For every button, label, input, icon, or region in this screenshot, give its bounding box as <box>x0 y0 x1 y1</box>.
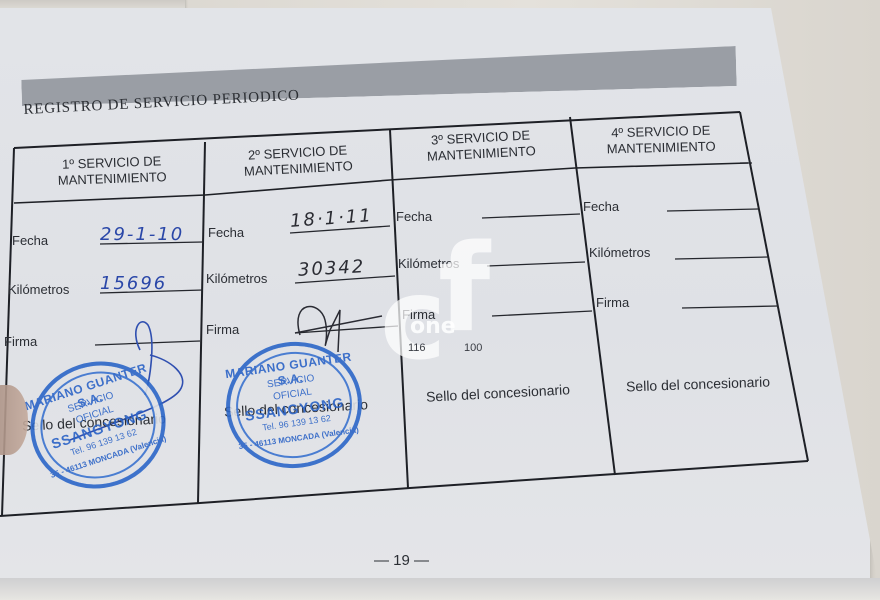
col2-km-value: 30342 <box>297 256 365 280</box>
page-number: — 19 — <box>374 552 429 569</box>
photo-scene: REGISTRO DE SERVICIO PERIODICO <box>0 0 880 600</box>
col4-fecha-label: Fecha <box>583 199 619 214</box>
table-grid <box>0 0 880 600</box>
service-record-table: 1º SERVICIO DE MANTENIMIENTO 2º SERVICIO… <box>0 0 880 600</box>
col1-header: 1º SERVICIO DE MANTENIMIENTO <box>26 152 197 190</box>
col1-firma-label: Firma <box>4 334 37 349</box>
col2-fecha-label: Fecha <box>208 225 244 240</box>
col3-firma-label: Firma <box>402 307 435 322</box>
col2-km-label: Kilómetros <box>206 271 267 286</box>
col2-firma-label: Firma <box>206 322 239 337</box>
col1-km-value: 15696 <box>100 273 167 294</box>
col1-fecha-label: Fecha <box>12 233 48 248</box>
col4-km-label: Kilómetros <box>589 245 650 260</box>
col4-firma-label: Firma <box>596 295 629 310</box>
col1-km-label: Kilómetros <box>8 282 69 297</box>
col3-fecha-label: Fecha <box>396 209 432 224</box>
col3-km-label: Kilómetros <box>398 256 459 271</box>
col1-fecha-value: 29-1-10 <box>100 224 184 245</box>
col4-header: 4º SERVICIO DE MANTENIMIENTO <box>576 122 747 158</box>
